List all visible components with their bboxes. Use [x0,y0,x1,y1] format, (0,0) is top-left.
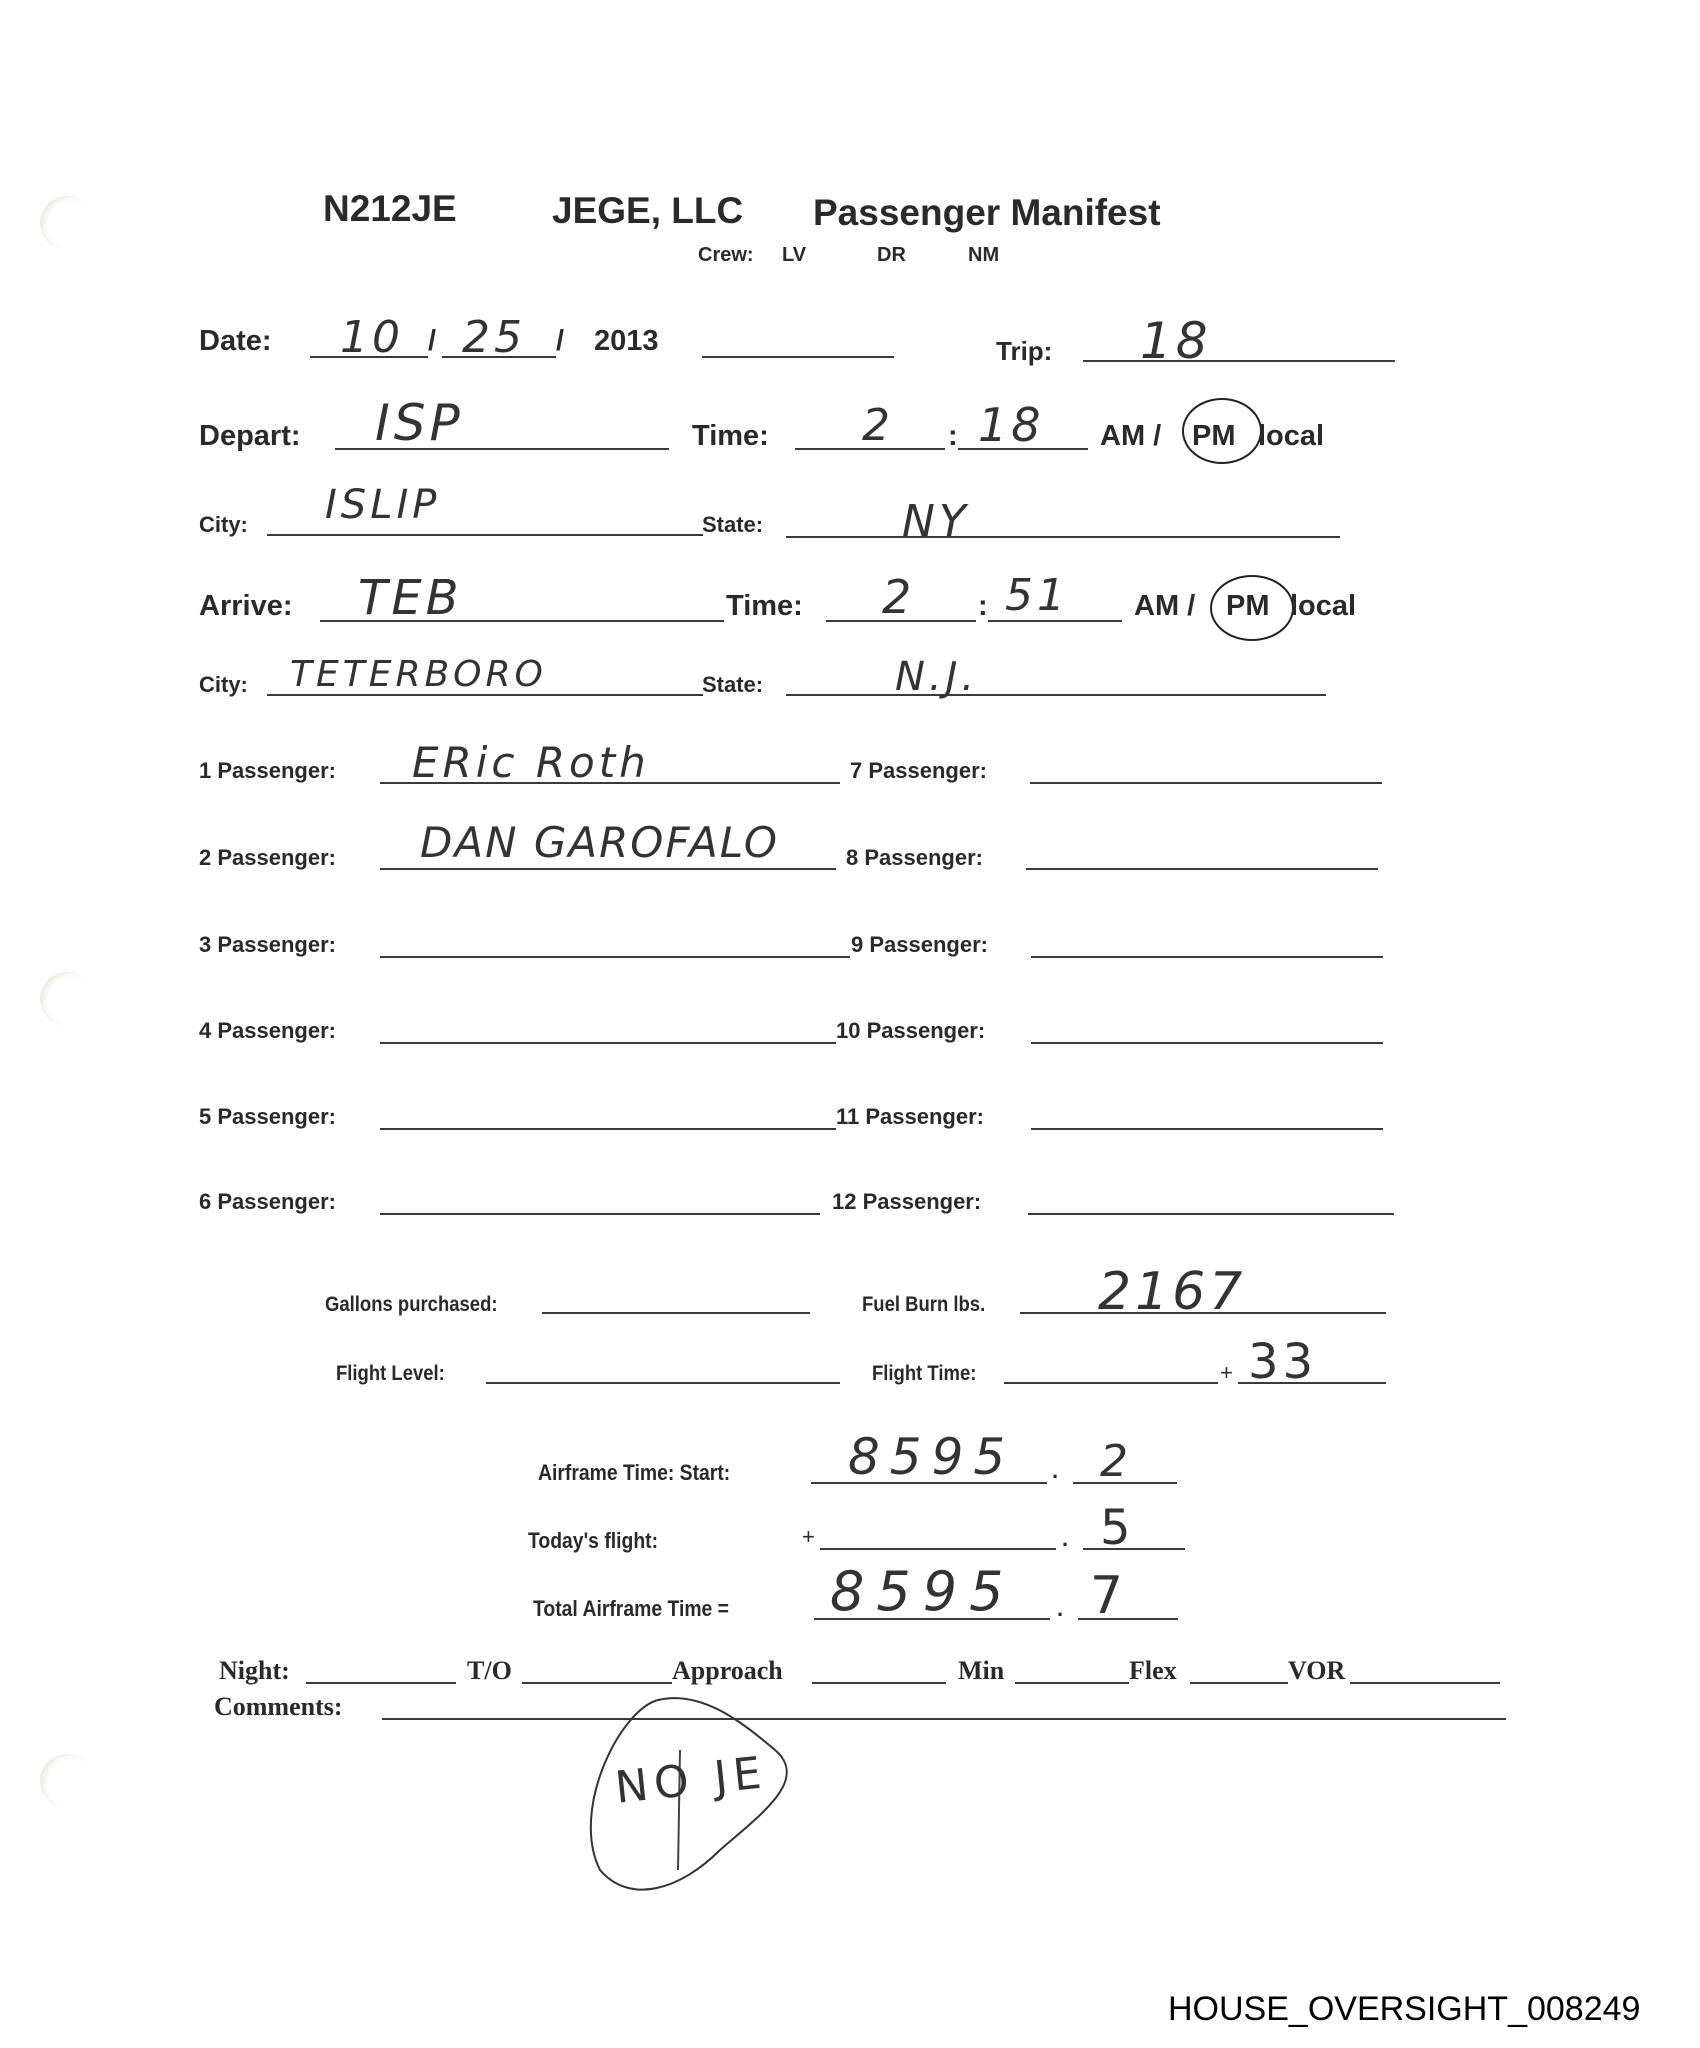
date-month-value: 10 [340,312,404,363]
passenger-12-field[interactable] [1028,1213,1394,1215]
date-separator-1: / [428,325,436,358]
trip-value: 18 [1140,312,1212,370]
date-year: 2013 [594,325,659,358]
total-airframe-whole-value: 8595 [830,1560,1015,1623]
passenger-2-label: 2 Passenger: [199,845,336,871]
depart-pm-selected-circle [1182,398,1262,464]
depart-label: Depart: [199,420,301,453]
date-label: Date: [199,325,272,358]
bates-number: HOUSE_OVERSIGHT_008249 [1168,1990,1640,2029]
depart-airport-value: ISP [375,394,464,452]
night-field[interactable] [306,1682,456,1684]
total-airframe-dot: . [1057,1596,1063,1622]
company-name: JEGE, LLC [552,190,743,232]
arrive-state-value: N.J. [895,654,978,700]
passenger-12-label: 12 Passenger: [832,1189,981,1215]
min-field[interactable] [1015,1682,1129,1684]
passenger-2-value: DAN GAROFALO [420,818,779,867]
tail-number: N212JE [323,188,457,230]
crew-member-1: LV [782,244,806,267]
todays-flight-plus: + [802,1524,815,1550]
passenger-1-value: ERic Roth [412,738,650,787]
fuel-burn-value: 2167 [1098,1262,1246,1322]
airframe-start-label: Airframe Time: Start: [538,1460,730,1486]
takeoff-field[interactable] [522,1682,672,1684]
arrive-airport-value: TEB [358,570,463,626]
arrive-time-label: Time: [726,590,803,623]
takeoff-label: T/O [467,1656,512,1686]
arrive-minute-value: 51 [1005,570,1069,621]
passenger-3-field[interactable] [380,956,850,958]
depart-state-value: NY [902,496,970,547]
passenger-10-field[interactable] [1031,1042,1383,1044]
passenger-7-label: 7 Passenger: [850,758,987,784]
depart-city-label: City: [199,512,248,538]
crew-label: Crew: [698,244,754,267]
airframe-start-dot: . [1052,1458,1058,1484]
punch-hole-top [40,196,94,250]
depart-hour-value: 2 [862,400,894,451]
todays-flight-whole-field[interactable] [820,1548,1056,1550]
flight-time-plus: + [1220,1360,1233,1386]
fuel-burn-label: Fuel Burn lbs. [862,1293,985,1317]
passenger-7-field[interactable] [1030,782,1382,784]
passenger-5-field[interactable] [380,1128,836,1130]
arrive-hour-value: 2 [882,570,915,624]
vor-field[interactable] [1350,1682,1500,1684]
comments-label: Comments: [214,1692,343,1722]
gallons-purchased-label: Gallons purchased: [325,1293,498,1317]
passenger-2-field[interactable] [380,868,836,870]
date-day-value: 25 [462,312,526,363]
passenger-8-label: 8 Passenger: [846,845,983,871]
approach-field[interactable] [812,1682,946,1684]
trip-field[interactable] [1083,360,1395,362]
passenger-1-label: 1 Passenger: [199,758,336,784]
depart-local-label: local [1258,420,1324,453]
passenger-4-field[interactable] [380,1042,836,1044]
passenger-6-label: 6 Passenger: [199,1189,336,1215]
arrive-state-field[interactable] [786,694,1326,696]
arrive-city-label: City: [199,672,248,698]
depart-minute-value: 18 [978,398,1045,452]
todays-flight-dot: . [1062,1526,1068,1552]
todays-flight-label: Today's flight: [528,1528,658,1554]
flight-level-label: Flight Level: [336,1362,445,1386]
crew-member-2: DR [877,244,906,267]
date-separator-2: / [556,325,564,358]
passenger-8-field[interactable] [1026,868,1378,870]
approach-label: Approach [672,1656,783,1686]
punch-hole-middle [40,972,94,1026]
flight-time-label: Flight Time: [872,1362,976,1386]
crew-member-3: NM [968,244,999,267]
passenger-9-field[interactable] [1031,956,1383,958]
passenger-3-label: 3 Passenger: [199,932,336,958]
gallons-purchased-field[interactable] [542,1312,810,1314]
depart-state-label: State: [702,512,763,538]
punch-hole-bottom [40,1754,94,1808]
arrive-state-label: State: [702,672,763,698]
passenger-11-label: 11 Passenger: [836,1104,984,1130]
arrive-label: Arrive: [199,590,293,623]
min-label: Min [958,1656,1004,1686]
depart-city-value: ISLIP [325,482,440,528]
flex-field[interactable] [1190,1682,1288,1684]
arrive-city-value: TETERBORO [290,654,547,695]
arrive-time-colon: : [978,590,988,623]
airframe-start-decimal-value: 2 [1100,1436,1132,1487]
todays-flight-decimal-value: 5 [1100,1500,1135,1556]
arrive-local-label: local [1290,590,1356,623]
date-year-field[interactable] [702,356,894,358]
depart-am-option[interactable]: AM / [1100,420,1161,453]
form-title: Passenger Manifest [813,192,1161,234]
passenger-10-label: 10 Passenger: [836,1018,985,1044]
passenger-6-field[interactable] [380,1213,820,1215]
total-airframe-label: Total Airframe Time = [533,1596,729,1622]
depart-time-colon: : [948,420,958,453]
passenger-4-label: 4 Passenger: [199,1018,336,1044]
flight-time-value: 33 [1248,1334,1317,1390]
comments-field[interactable] [382,1718,1506,1720]
depart-state-field[interactable] [786,536,1340,538]
passenger-9-label: 9 Passenger: [851,932,988,958]
flight-time-field[interactable] [1004,1382,1218,1384]
depart-time-label: Time: [692,420,769,453]
passenger-5-label: 5 Passenger: [199,1104,336,1130]
arrive-am-option[interactable]: AM / [1134,590,1195,623]
vor-label: VOR [1288,1656,1345,1686]
trip-label: Trip: [996,336,1052,367]
airframe-start-whole-value: 8595 [848,1428,1015,1486]
arrive-pm-selected-circle [1210,575,1294,641]
night-label: Night: [219,1656,290,1686]
flex-label: Flex [1129,1656,1177,1686]
passenger-11-field[interactable] [1031,1128,1383,1130]
flight-level-field[interactable] [486,1382,840,1384]
total-airframe-decimal-value: 7 [1090,1566,1127,1626]
depart-city-field[interactable] [267,534,703,536]
